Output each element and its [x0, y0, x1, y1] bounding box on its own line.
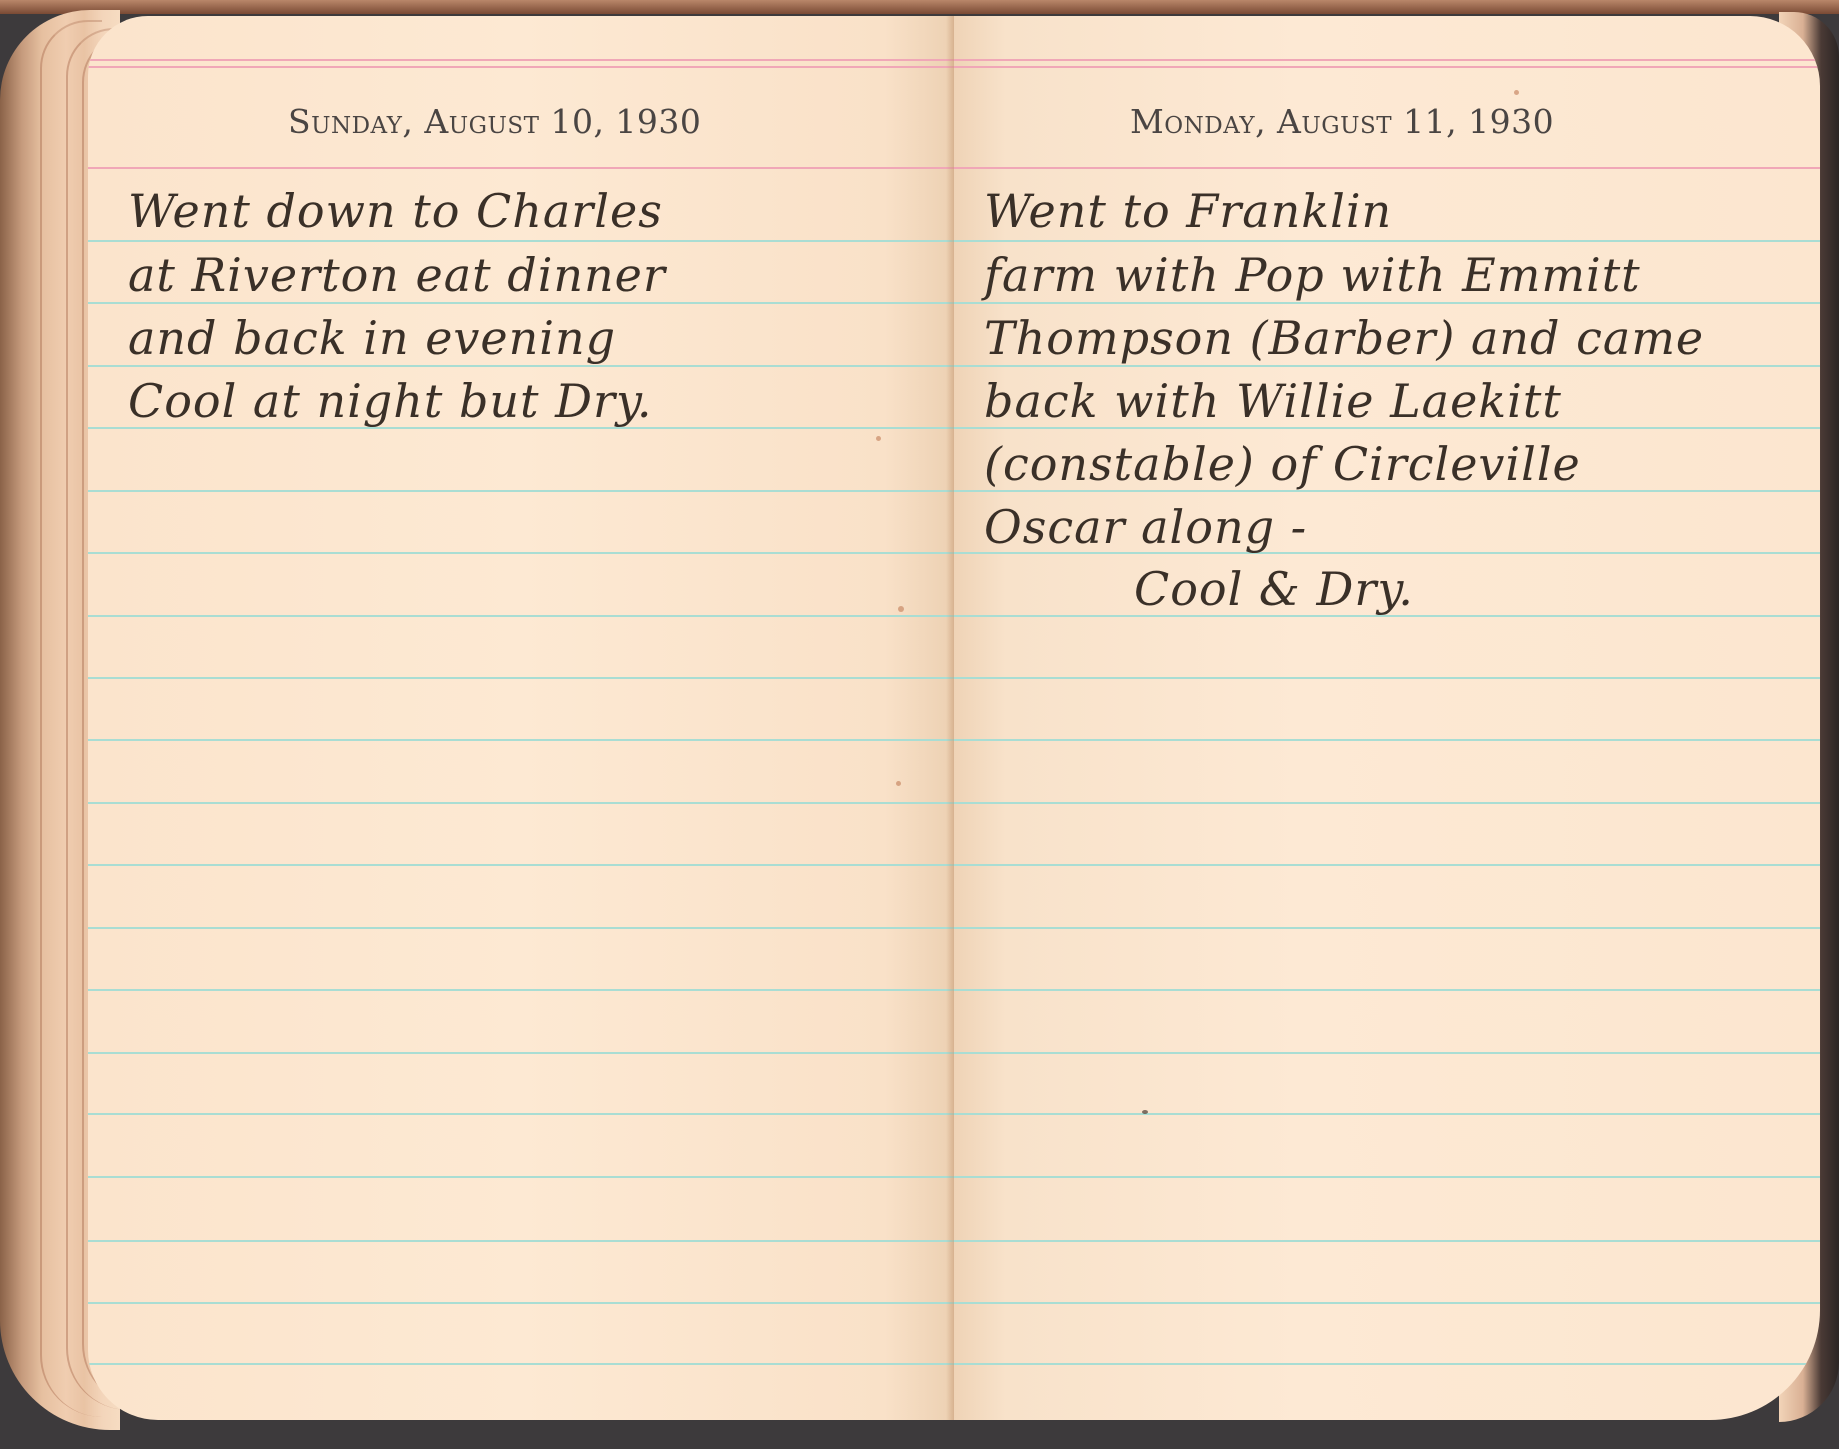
writing-rule	[88, 302, 954, 304]
entry-line: Went down to Charles	[128, 184, 663, 238]
writing-rule	[88, 677, 954, 679]
writing-rule	[88, 864, 954, 866]
entry-line: farm with Pop with Emmitt	[984, 248, 1641, 302]
writing-rule	[954, 677, 1820, 679]
writing-rule	[954, 365, 1820, 367]
header-rule-bottom	[88, 167, 954, 169]
writing-rule	[88, 365, 954, 367]
writing-rule	[88, 802, 954, 804]
writing-rule	[88, 240, 954, 242]
writing-rule	[954, 1240, 1820, 1242]
writing-rule	[954, 1176, 1820, 1178]
header-rule-bottom	[954, 167, 1820, 169]
header-rule-top	[954, 59, 1820, 61]
date-heading: Monday, August 11, 1930	[1130, 102, 1554, 141]
writing-rule	[954, 1052, 1820, 1054]
header-rule-top-double	[88, 66, 954, 68]
diary-page-left: Sunday, August 10, 1930 Went down to Cha…	[88, 16, 954, 1420]
header-rule-top-double	[954, 66, 1820, 68]
ink-dot	[1142, 1110, 1148, 1114]
writing-rule	[88, 1113, 954, 1115]
paper-stain	[1514, 90, 1519, 95]
header-rule-top	[88, 59, 954, 61]
writing-rule	[88, 989, 954, 991]
entry-line: Cool at night but Dry.	[128, 374, 653, 428]
writing-rule	[954, 1113, 1820, 1115]
writing-rule	[954, 802, 1820, 804]
writing-rule	[954, 927, 1820, 929]
writing-rule	[88, 552, 954, 554]
entry-line: back with Willie Laekitt	[984, 374, 1562, 428]
writing-rule	[88, 1240, 954, 1242]
writing-rule	[88, 927, 954, 929]
writing-rule	[954, 1302, 1820, 1304]
entry-line: at Riverton eat dinner	[128, 248, 666, 302]
writing-rule	[954, 739, 1820, 741]
entry-line: Thompson (Barber) and came	[984, 311, 1704, 365]
writing-rule	[88, 615, 954, 617]
writing-rule	[954, 240, 1820, 242]
writing-rule	[954, 864, 1820, 866]
diary-page-right: Monday, August 11, 1930 Went to Franklin…	[954, 16, 1820, 1420]
entry-line: Went to Franklin	[984, 184, 1392, 238]
entry-line: Cool & Dry.	[1134, 562, 1414, 616]
writing-rule	[88, 1052, 954, 1054]
paper-stain	[876, 436, 881, 441]
open-diary: Sunday, August 10, 1930 Went down to Cha…	[0, 0, 1839, 1449]
writing-rule	[954, 302, 1820, 304]
entry-line: Oscar along -	[984, 500, 1307, 554]
entry-line: and back in evening	[128, 311, 616, 365]
writing-rule	[954, 989, 1820, 991]
writing-rule	[88, 1176, 954, 1178]
entry-line: (constable) of Circleville	[984, 437, 1581, 491]
date-heading: Sunday, August 10, 1930	[288, 102, 701, 141]
writing-rule	[88, 1302, 954, 1304]
paper-stain	[896, 781, 901, 786]
paper-stain	[898, 606, 904, 612]
writing-rule	[88, 490, 954, 492]
writing-rule	[954, 1363, 1820, 1365]
writing-rule	[88, 1363, 954, 1365]
writing-rule	[88, 739, 954, 741]
